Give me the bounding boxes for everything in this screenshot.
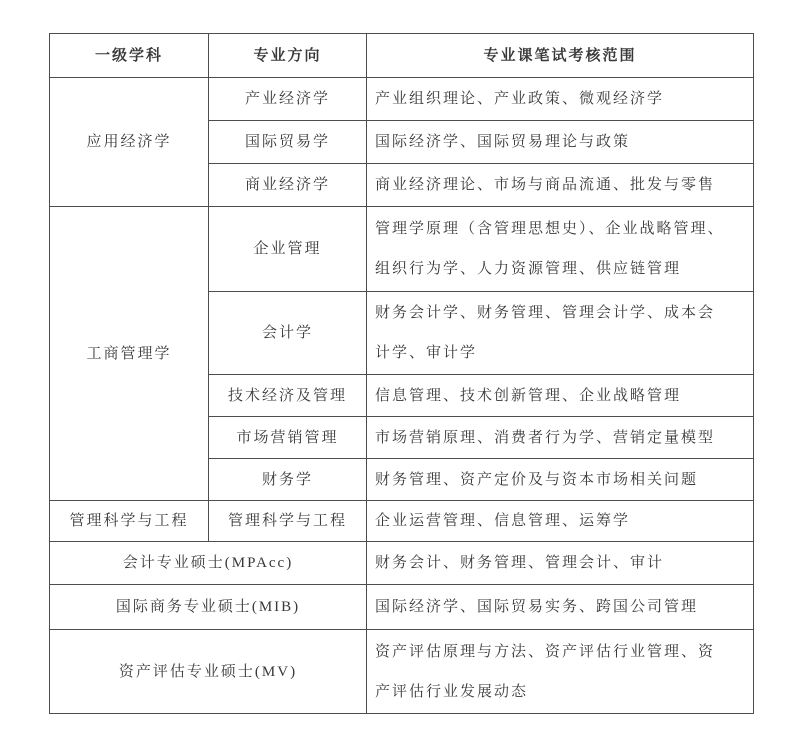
discipline-cell: 应用经济学 (50, 78, 209, 207)
scope-cell: 财务会计、财务管理、管理会计、审计 (367, 542, 754, 585)
table-row: 应用经济学 产业经济学 产业组织理论、产业政策、微观经济学 (50, 78, 754, 121)
table-row: 资产评估专业硕士(MV) 资产评估原理与方法、资产评估行业管理、资 产评估行业发… (50, 630, 754, 714)
major-cell: 会计学 (209, 292, 367, 375)
table-row: 会计专业硕士(MPAcc) 财务会计、财务管理、管理会计、审计 (50, 542, 754, 585)
program-cell: 资产评估专业硕士(MV) (50, 630, 367, 714)
scope-cell: 国际经济学、国际贸易实务、跨国公司管理 (367, 585, 754, 630)
major-cell: 企业管理 (209, 207, 367, 292)
major-cell: 国际贸易学 (209, 121, 367, 164)
header-discipline: 一级学科 (50, 34, 209, 78)
scope-cell: 管理学原理（含管理思想史）、企业战略管理、 组织行为学、人力资源管理、供应链管理 (367, 207, 754, 292)
major-cell: 商业经济学 (209, 164, 367, 207)
scope-cell: 财务会计学、财务管理、管理会计学、成本会 计学、审计学 (367, 292, 754, 375)
table-row: 国际商务专业硕士(MIB) 国际经济学、国际贸易实务、跨国公司管理 (50, 585, 754, 630)
program-cell: 会计专业硕士(MPAcc) (50, 542, 367, 585)
exam-scope-table: 一级学科 专业方向 专业课笔试考核范围 应用经济学 产业经济学 产业组织理论、产… (49, 33, 754, 714)
major-cell: 市场营销管理 (209, 417, 367, 459)
scope-cell: 企业运营管理、信息管理、运筹学 (367, 501, 754, 542)
discipline-cell: 管理科学与工程 (50, 501, 209, 542)
exam-scope-table-container: 一级学科 专业方向 专业课笔试考核范围 应用经济学 产业经济学 产业组织理论、产… (49, 33, 754, 714)
scope-cell: 产业组织理论、产业政策、微观经济学 (367, 78, 754, 121)
major-cell: 财务学 (209, 459, 367, 501)
scope-cell: 信息管理、技术创新管理、企业战略管理 (367, 375, 754, 417)
major-cell: 产业经济学 (209, 78, 367, 121)
header-exam-scope: 专业课笔试考核范围 (367, 34, 754, 78)
table-row: 工商管理学 企业管理 管理学原理（含管理思想史）、企业战略管理、 组织行为学、人… (50, 207, 754, 292)
major-cell: 技术经济及管理 (209, 375, 367, 417)
scope-cell: 国际经济学、国际贸易理论与政策 (367, 121, 754, 164)
discipline-cell: 工商管理学 (50, 207, 209, 501)
header-major: 专业方向 (209, 34, 367, 78)
scope-cell: 资产评估原理与方法、资产评估行业管理、资 产评估行业发展动态 (367, 630, 754, 714)
table-row: 管理科学与工程 管理科学与工程 企业运营管理、信息管理、运筹学 (50, 501, 754, 542)
scope-cell: 商业经济理论、市场与商品流通、批发与零售 (367, 164, 754, 207)
scope-cell: 市场营销原理、消费者行为学、营销定量模型 (367, 417, 754, 459)
table-header-row: 一级学科 专业方向 专业课笔试考核范围 (50, 34, 754, 78)
program-cell: 国际商务专业硕士(MIB) (50, 585, 367, 630)
scope-cell: 财务管理、资产定价及与资本市场相关问题 (367, 459, 754, 501)
major-cell: 管理科学与工程 (209, 501, 367, 542)
